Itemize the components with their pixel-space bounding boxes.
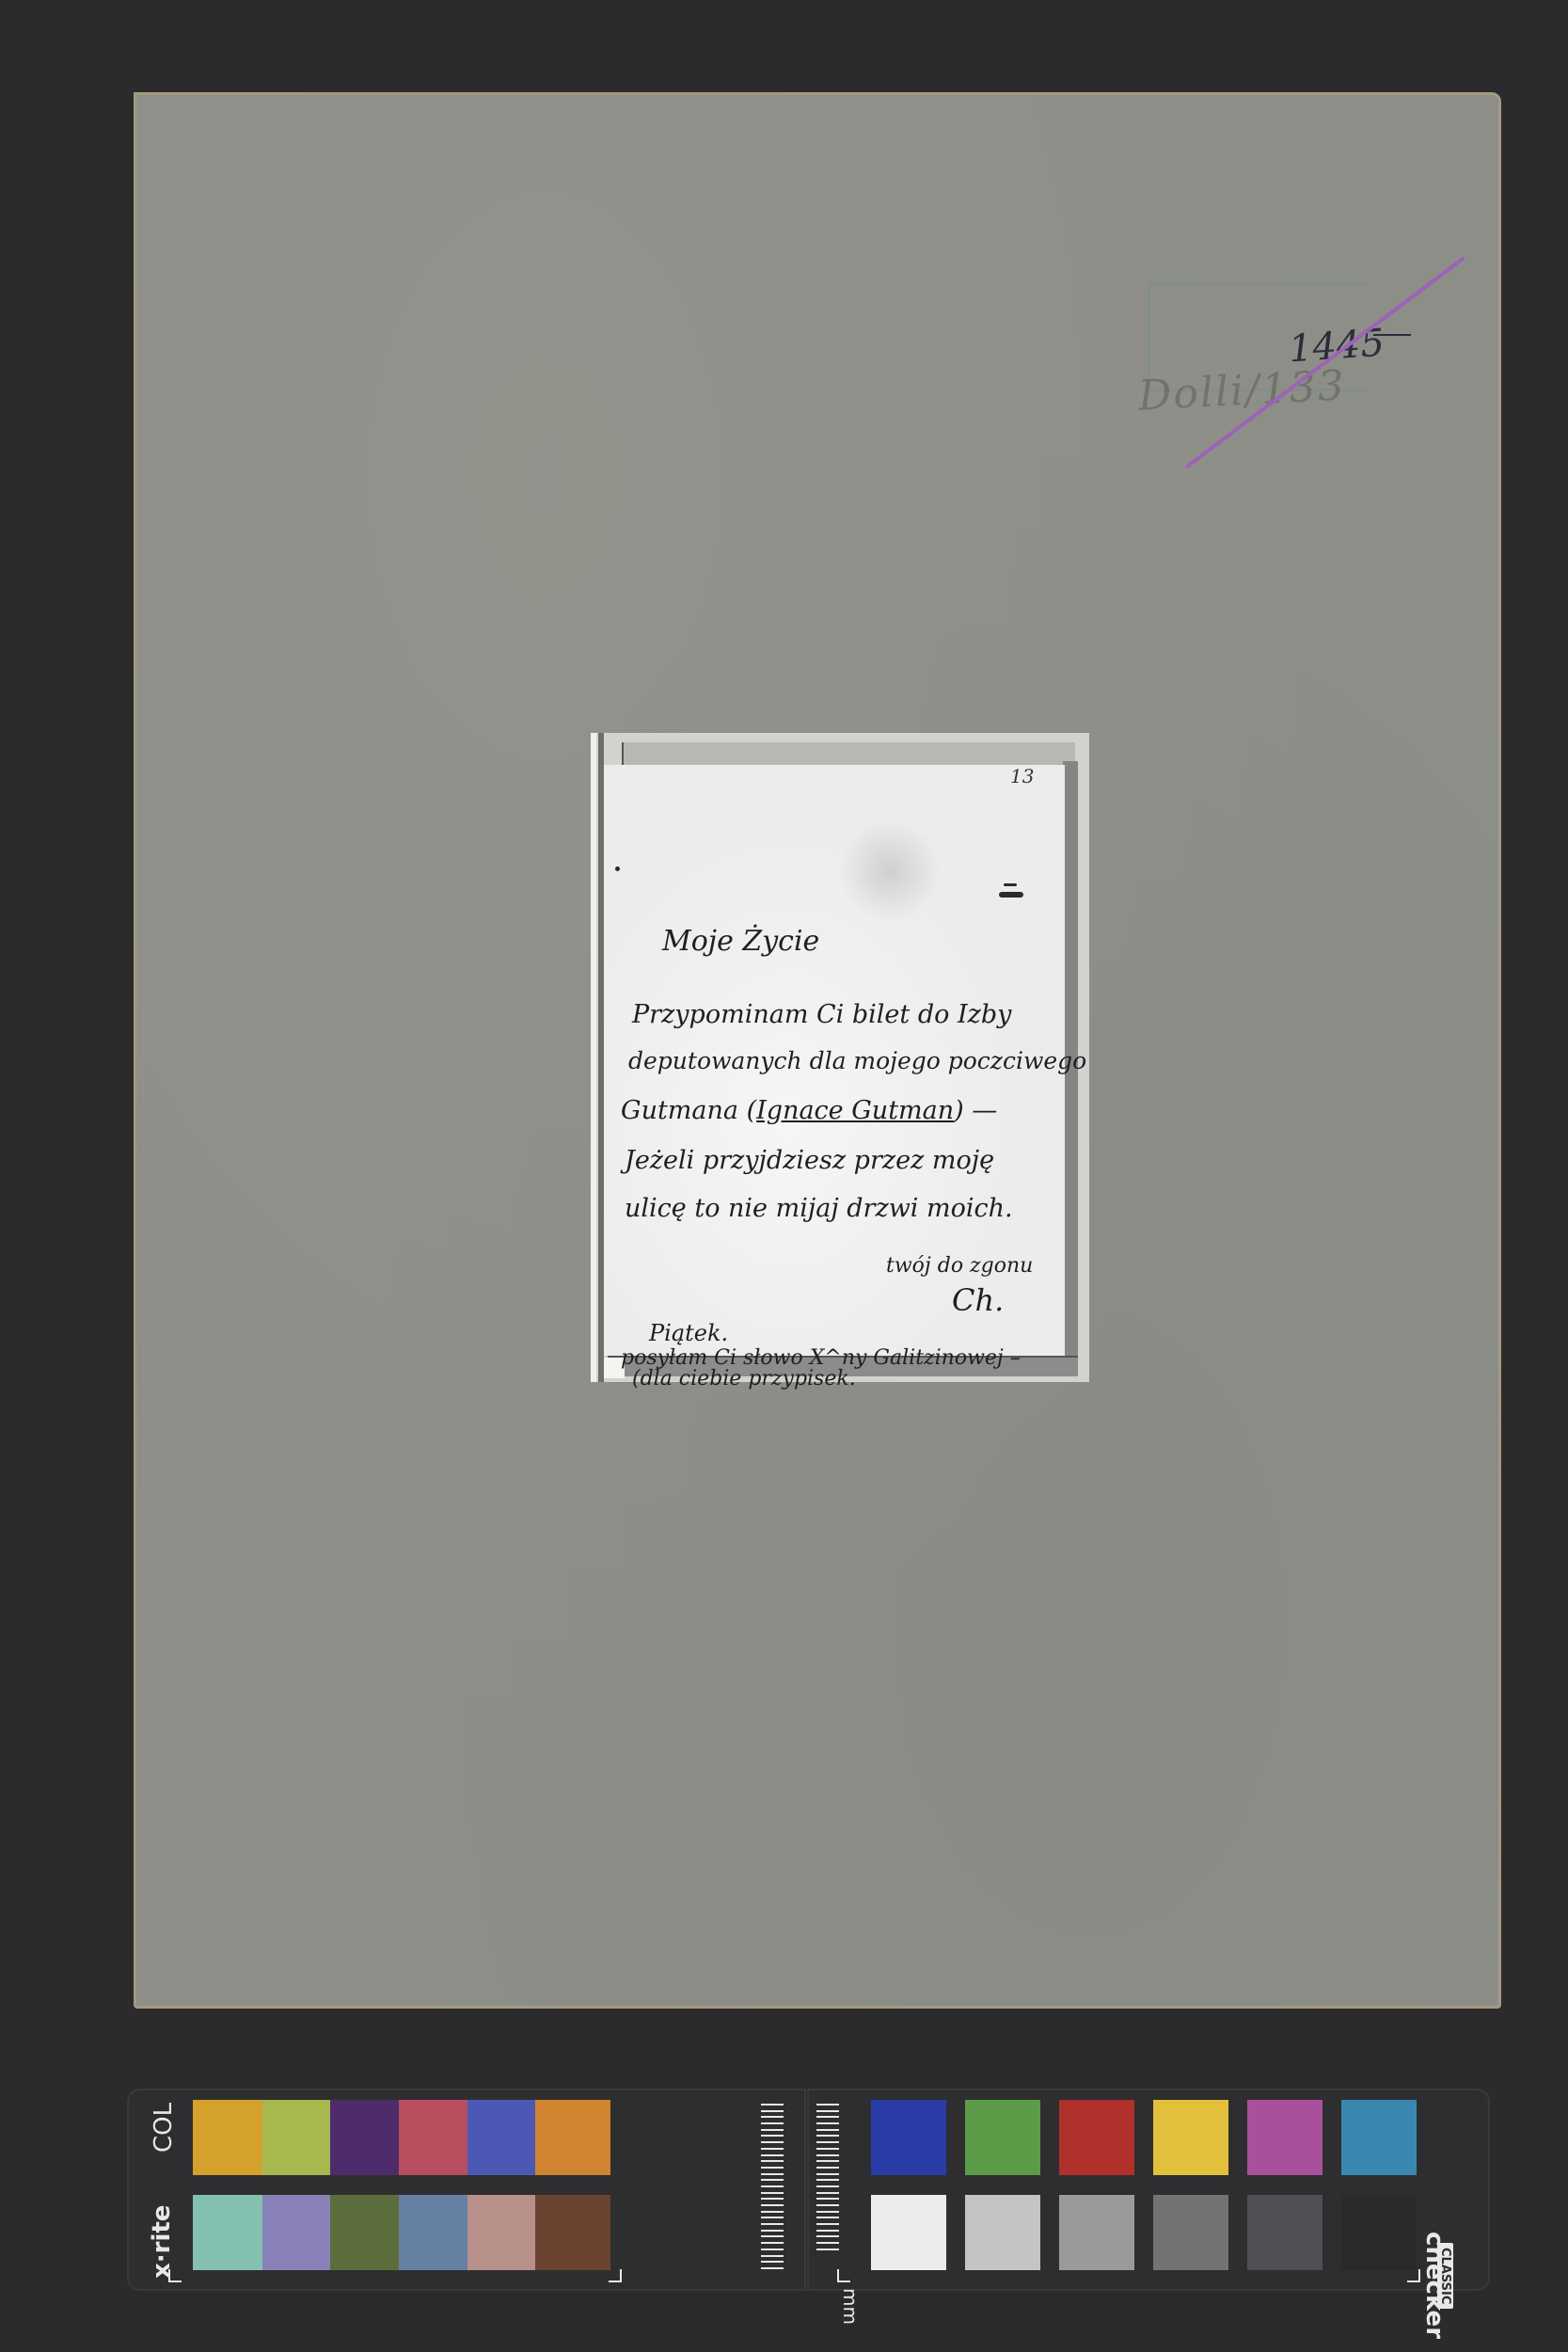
registration-mark <box>609 2269 622 2282</box>
mm-ruler <box>761 2104 784 2274</box>
registration-mark <box>837 2269 850 2282</box>
letter-line-part: ) — <box>954 1096 997 1125</box>
classic-badge: CLASSIC <box>1438 2243 1452 2309</box>
color-patch <box>871 2100 946 2175</box>
color-checker-left-card: COL x·rite <box>127 2089 806 2291</box>
color-patch <box>965 2195 1040 2270</box>
letter-line: Gutmana (Ignace Gutman) — <box>621 1096 997 1125</box>
letter-line-part: Gutmana ( <box>621 1096 756 1125</box>
registration-mark <box>168 2269 182 2282</box>
letter-day: Piątek. <box>649 1320 728 1346</box>
color-patch <box>467 2195 543 2270</box>
letter-closing: twój do zgonu <box>886 1254 1033 1278</box>
color-patch <box>1341 2100 1417 2175</box>
classic-badge-label: CLASSIC <box>1437 2243 1453 2309</box>
letter-postscript: (dla ciebie przypisek. <box>632 1367 856 1391</box>
color-patch <box>1153 2100 1228 2175</box>
color-patch <box>1059 2195 1134 2270</box>
color-patch <box>1341 2195 1417 2270</box>
color-patch <box>1059 2100 1134 2175</box>
color-patch <box>965 2100 1040 2175</box>
letter-line: Przypominam Ci bilet do Izby <box>632 1000 1011 1029</box>
color-patch <box>1247 2100 1323 2175</box>
ink-dot <box>615 866 620 871</box>
color-patch <box>871 2195 946 2270</box>
photo-top-tape <box>622 742 1075 767</box>
letter-line: ulicę to nie mijaj drzwi moich. <box>625 1194 1013 1223</box>
registration-mark <box>1407 2269 1420 2282</box>
underlined-name: Ignace Gutman <box>756 1096 954 1125</box>
photo-edge-strip <box>591 733 596 1382</box>
color-patch <box>262 2195 338 2270</box>
color-checker-right-card: mm checker CLASSIC <box>807 2089 1490 2291</box>
color-patch <box>193 2100 268 2175</box>
letter-signature: Ch. <box>952 1282 1004 1318</box>
color-patch <box>193 2195 268 2270</box>
color-patch <box>399 2195 474 2270</box>
letter-line: deputowanych dla mojego poczciwego <box>628 1047 1086 1074</box>
mm-ruler <box>816 2104 839 2255</box>
color-patch <box>535 2195 610 2270</box>
color-patch <box>467 2100 543 2175</box>
checker-title-fragment: COL <box>150 2103 178 2153</box>
ruler-unit-label: mm <box>839 2288 862 2325</box>
shelfmark-underline <box>1373 334 1411 336</box>
letter-salutation: Moje Życie <box>662 925 819 958</box>
ink-blot <box>1004 883 1017 886</box>
color-patch <box>1153 2195 1228 2270</box>
color-patch <box>262 2100 338 2175</box>
ink-blot <box>999 892 1023 898</box>
color-patch <box>399 2100 474 2175</box>
color-patch <box>330 2100 405 2175</box>
handwritten-letter: 13 Moje Życie Przypominam Ci bilet do Iz… <box>604 765 1065 1356</box>
color-patch <box>535 2100 610 2175</box>
color-patch <box>1247 2195 1323 2270</box>
folio-number: 13 <box>1010 765 1034 787</box>
color-patch <box>330 2195 405 2270</box>
xrite-logo: x·rite <box>148 2205 176 2279</box>
mounted-photograph: 13 Moje Życie Przypominam Ci bilet do Iz… <box>591 733 1089 1382</box>
letter-line: Jeżeli przyjdziesz przez moję <box>625 1146 994 1175</box>
